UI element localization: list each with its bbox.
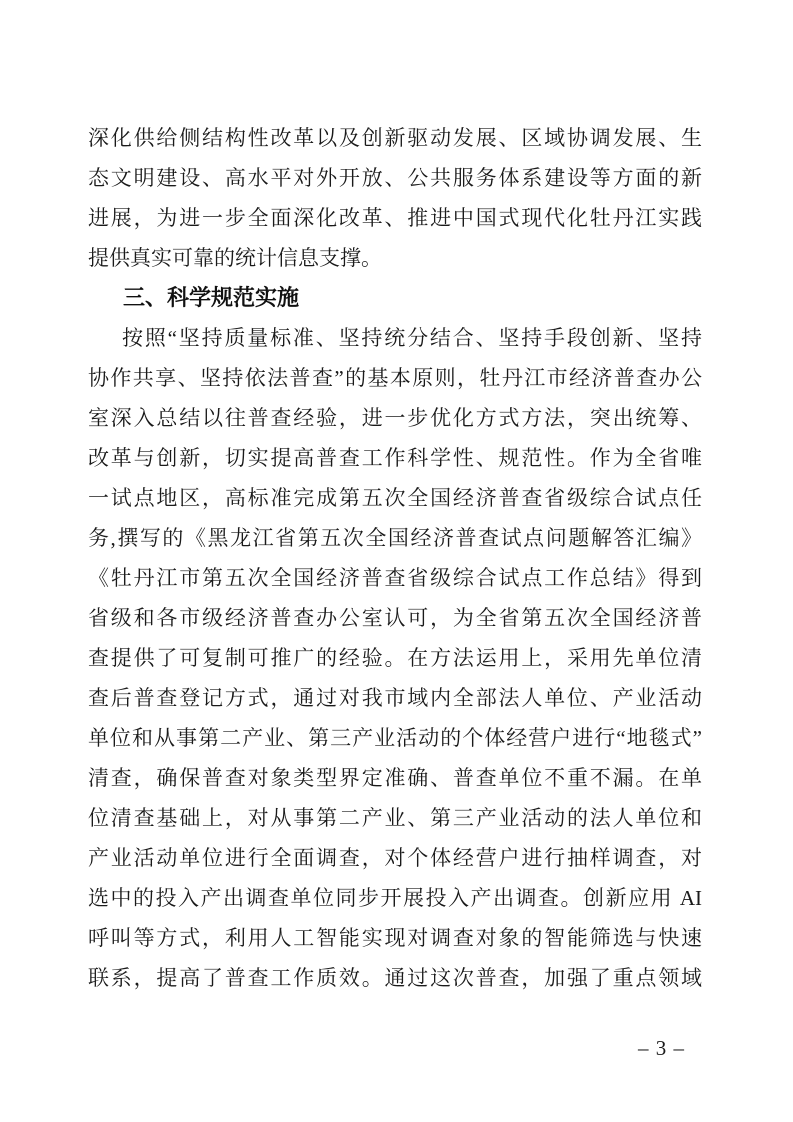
paragraph-continuation: 深化供给侧结构性改革以及创新驱动发展、区域协调发展、生 态文明建设、高水平对外开… bbox=[88, 118, 702, 278]
document-body: 深化供给侧结构性改革以及创新驱动发展、区域协调发展、生 态文明建设、高水平对外开… bbox=[88, 118, 702, 998]
text-line: 协作共享、坚持依法普查”的基本原则，牡丹江市经济普查办公 bbox=[88, 358, 702, 398]
text-line: 深化供给侧结构性改革以及创新驱动发展、区域协调发展、生 bbox=[88, 118, 702, 158]
text-line: 单位和从事第二产业、第三产业活动的个体经营户进行“地毯式” bbox=[88, 718, 702, 758]
text-line: 按照“坚持质量标准、坚持统分结合、坚持手段创新、坚持 bbox=[88, 318, 702, 358]
text-line: 提供真实可靠的统计信息支撑。 bbox=[88, 238, 702, 278]
text-line: 查提供了可复制可推广的经验。在方法运用上，采用先单位清 bbox=[88, 638, 702, 678]
document-page: 深化供给侧结构性改革以及创新驱动发展、区域协调发展、生 态文明建设、高水平对外开… bbox=[0, 0, 793, 1122]
text-line: 进展，为进一步全面深化改革、推进中国式现代化牡丹江实践 bbox=[88, 198, 702, 238]
section-heading: 三、科学规范实施 bbox=[88, 278, 702, 318]
text-line: 省级和各市级经济普查办公室认可，为全省第五次全国经济普 bbox=[88, 598, 702, 638]
text-line: 呼叫等方式，利用人工智能实现对调查对象的智能筛选与快速 bbox=[88, 918, 702, 958]
page-number: – 3 – bbox=[638, 1036, 685, 1060]
text-line: 改革与创新，切实提高普查工作科学性、规范性。作为全省唯 bbox=[88, 438, 702, 478]
paragraph-main: 按照“坚持质量标准、坚持统分结合、坚持手段创新、坚持 协作共享、坚持依法普查”的… bbox=[88, 318, 702, 998]
text-line: 选中的投入产出调查单位同步开展投入产出调查。创新应用 AI bbox=[88, 878, 702, 918]
text-line: 联系，提高了普查工作质效。通过这次普查，加强了重点领域 bbox=[88, 958, 702, 998]
text-line: 态文明建设、高水平对外开放、公共服务体系建设等方面的新 bbox=[88, 158, 702, 198]
text-line: 产业活动单位进行全面调查，对个体经营户进行抽样调查，对 bbox=[88, 838, 702, 878]
text-line: 查后普查登记方式，通过对我市域内全部法人单位、产业活动 bbox=[88, 678, 702, 718]
text-line: 清查，确保普查对象类型界定准确、普查单位不重不漏。在单 bbox=[88, 758, 702, 798]
text-line: 位清查基础上，对从事第二产业、第三产业活动的法人单位和 bbox=[88, 798, 702, 838]
text-line: 《牡丹江市第五次全国经济普查省级综合试点工作总结》得到 bbox=[88, 558, 702, 598]
text-line: 一试点地区，高标准完成第五次全国经济普查省级综合试点任 bbox=[88, 478, 702, 518]
text-line: 务,撰写的《黑龙江省第五次全国经济普查试点问题解答汇编》 bbox=[88, 518, 702, 558]
text-line: 室深入总结以往普查经验，进一步优化方式方法，突出统筹、 bbox=[88, 398, 702, 438]
